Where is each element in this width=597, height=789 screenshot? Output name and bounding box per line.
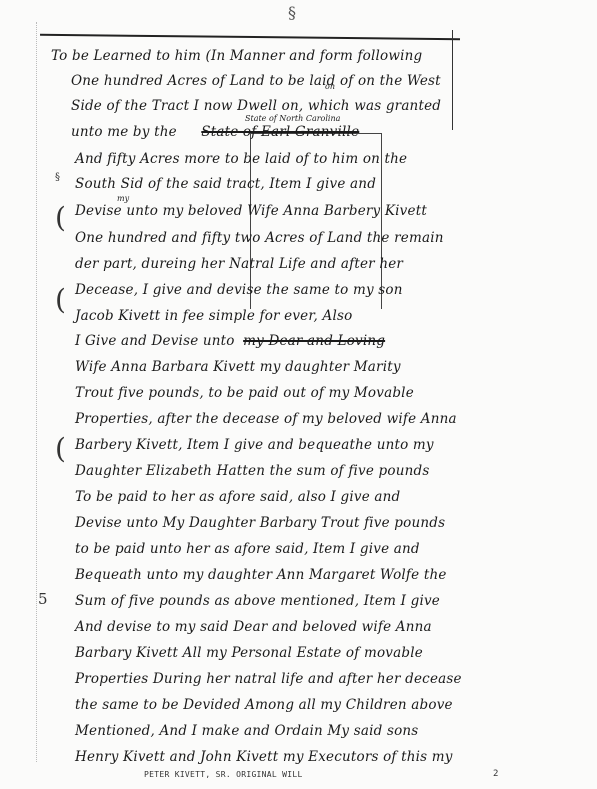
will-line-2: One hundred Acres of Land to be laid of … xyxy=(71,73,441,89)
will-line-1: To be Learned to him (In Manner and form… xyxy=(51,48,422,64)
will-line-7: Devise unto my beloved Wife Anna Barbery… xyxy=(75,203,427,219)
will-line-4: unto me by the State of Earl Granville xyxy=(71,124,359,140)
scanned-document-page: § To be Learned to him (In Manner and fo… xyxy=(0,0,597,789)
will-line-23: And devise to my said Dear and beloved w… xyxy=(75,619,432,635)
will-line-14: Trout five pounds, to be paid out of my … xyxy=(75,385,414,401)
will-line-25: Properties During her natral life and af… xyxy=(75,671,462,687)
struck-text-dear-and-loving: my Dear and Loving xyxy=(243,333,385,349)
insertion-state-of-north-carolina: State of North Carolina xyxy=(245,114,340,123)
will-line-22: Sum of five pounds as above mentioned, I… xyxy=(75,593,440,609)
margin-bracket-1: ( xyxy=(55,204,66,232)
will-line-15: Properties, after the decease of my belo… xyxy=(75,411,457,427)
page-number: 2 xyxy=(493,769,498,779)
will-line-4-text: unto me by the xyxy=(71,124,177,140)
will-line-10: Decease, I give and devise the same to m… xyxy=(75,282,403,298)
will-line-27: Mentioned, And I make and Ordain My said… xyxy=(75,723,418,739)
top-margin-mark: § xyxy=(287,2,297,24)
struck-text-granville: State of Earl Granville xyxy=(201,124,359,140)
will-line-20: to be paid unto her as afore said, Item … xyxy=(75,541,420,557)
will-line-24: Barbary Kivett All my Personal Estate of… xyxy=(75,645,423,661)
will-line-6: South Sid of the said tract, Item I give… xyxy=(75,176,376,192)
will-line-16: Barbery Kivett, Item I give and bequeath… xyxy=(75,437,434,453)
will-line-17: Daughter Elizabeth Hatten the sum of fiv… xyxy=(75,463,429,479)
will-line-18: To be paid to her as afore said, also I … xyxy=(75,489,400,505)
will-line-9: der part, dureing her Natral Life and af… xyxy=(75,256,403,272)
right-margin-rule xyxy=(452,30,453,130)
will-line-3: Side of the Tract I now Dwell on, which … xyxy=(71,98,441,114)
will-line-28: Henry Kivett and John Kivett my Executor… xyxy=(75,749,453,765)
margin-bracket-2: ( xyxy=(55,286,66,314)
margin-bracket-3: ( xyxy=(55,435,66,463)
margin-mark-number: 5 xyxy=(38,590,48,608)
will-line-26: the same to be Devided Among all my Chil… xyxy=(75,697,453,713)
footer-caption: PETER KIVETT, SR. ORIGINAL WILL xyxy=(144,770,303,779)
will-line-12: I Give and Devise unto my Dear and Lovin… xyxy=(75,333,385,349)
will-line-5: And fifty Acres more to be laid of to hi… xyxy=(75,151,407,167)
will-line-8: One hundred and fifty two Acres of Land … xyxy=(75,230,444,246)
will-line-19: Devise unto My Daughter Barbary Trout fi… xyxy=(75,515,445,531)
will-line-21: Bequeath unto my daughter Ann Margaret W… xyxy=(75,567,447,583)
will-line-13: Wife Anna Barbara Kivett my daughter Mar… xyxy=(75,359,401,375)
will-line-12-text: I Give and Devise unto xyxy=(75,333,235,349)
insertion-my: my xyxy=(117,194,129,203)
margin-mark-section: § xyxy=(55,172,60,183)
will-line-11: Jacob Kivett in fee simple for ever, Als… xyxy=(75,308,352,324)
